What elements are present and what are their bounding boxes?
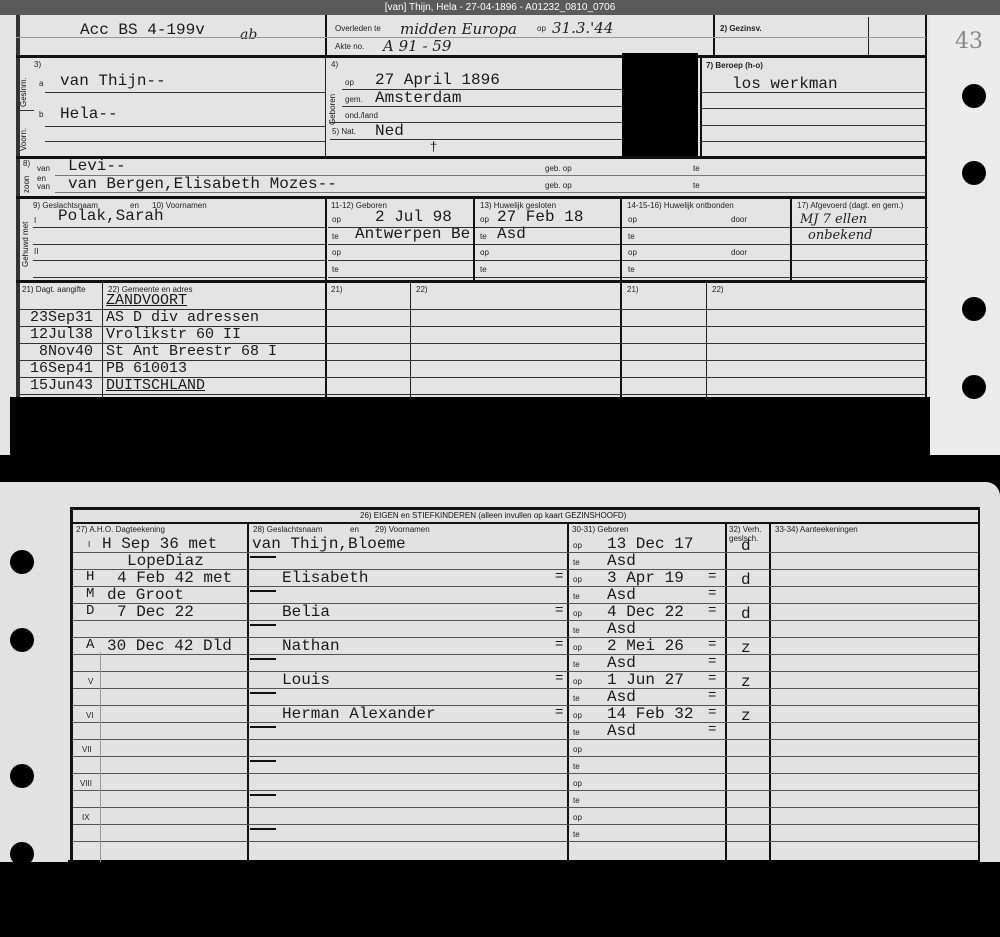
child-name: Herman Alexander <box>282 705 436 723</box>
punch-hole <box>962 84 986 108</box>
op-label: op <box>573 813 582 822</box>
ditto-mark: = <box>708 654 716 670</box>
father-name: Levi-- <box>68 157 126 175</box>
cross-mark: † <box>430 139 437 154</box>
te-label: te <box>573 694 580 703</box>
afgevoerd-note-1: MJ 7 ellen <box>800 212 867 227</box>
op-label: op <box>573 677 582 686</box>
afgevoerd-note-2: onbekend <box>808 228 872 243</box>
ditto-mark: = <box>708 569 716 585</box>
aho-entry: 7 Dec 22 <box>117 603 194 621</box>
aho-entry-cont: de Groot <box>107 586 184 604</box>
punch-hole <box>10 628 34 652</box>
op-label: op <box>573 643 582 652</box>
geslnm-label: Geslnm. <box>19 77 28 107</box>
birth-place: Amsterdam <box>375 89 461 107</box>
child-birth-place: Asd <box>607 552 636 570</box>
aho-mark: A <box>86 637 94 653</box>
ditto-mark: = <box>708 586 716 602</box>
aho-mark: M <box>86 586 94 602</box>
aho-entry: 30 Dec 42 Dld <box>107 637 232 655</box>
handwritten-mark: ab <box>240 27 257 43</box>
redaction-bar <box>68 860 980 937</box>
ditto-mark: = <box>555 569 563 585</box>
child-birth-place: Asd <box>607 586 636 604</box>
spouse-birth-date: 2 Jul 98 <box>375 208 452 226</box>
child-birth-place: Asd <box>607 722 636 740</box>
te-label: te <box>573 558 580 567</box>
op-label: op <box>573 745 582 754</box>
child-birth-place: Asd <box>607 620 636 638</box>
page-number: 43 <box>955 29 983 54</box>
ditto-mark: = <box>555 603 563 619</box>
registration-card-front: 43 Acc BS 4-199v ab Overleden te midden … <box>0 15 1000 475</box>
marriage-place: Asd <box>497 225 526 243</box>
op-label: op <box>573 575 582 584</box>
death-date: 31.3.'44 <box>552 19 613 37</box>
te-label: te <box>573 762 580 771</box>
child-name: Elisabeth <box>282 569 368 587</box>
ditto-mark: = <box>708 722 716 738</box>
child-birth-date: 13 Dec 17 <box>607 535 693 553</box>
op-label: op <box>573 541 582 550</box>
aho-entry: 4 Feb 42 met <box>117 569 232 587</box>
ditto-mark: = <box>555 705 563 721</box>
photo-redaction <box>622 53 698 156</box>
firstname: Hela-- <box>60 105 118 123</box>
op-label: op <box>573 779 582 788</box>
child-birth-date: 2 Mei 26 <box>607 637 684 655</box>
ditto-mark: = <box>708 637 716 653</box>
aho-entry: H Sep 36 met <box>102 535 217 553</box>
child-name: Belia <box>282 603 330 621</box>
ditto-mark: = <box>708 603 716 619</box>
child-birth-date: 1 Jun 27 <box>607 671 684 689</box>
akte-number: A 91 - 59 <box>383 37 451 55</box>
registration-card-back: 26) EIGEN en STIEFKINDEREN (alleen invul… <box>0 482 1000 862</box>
te-label: te <box>573 728 580 737</box>
child-birth-place: Asd <box>607 654 636 672</box>
death-place: midden Europa <box>400 20 517 38</box>
punch-hole <box>10 550 34 574</box>
aho-entry-cont: LopeDiaz <box>127 552 204 570</box>
punch-hole <box>962 161 986 185</box>
overleden-label: Overleden te <box>335 24 381 33</box>
aho-mark: D <box>86 603 94 619</box>
ditto-mark: = <box>708 671 716 687</box>
window-title: [van] Thijn, Hela - 27-04-1896 - A01232_… <box>0 0 1000 15</box>
child-birth-date: 14 Feb 32 <box>607 705 693 723</box>
punch-hole <box>962 297 986 321</box>
ditto-mark: = <box>555 637 563 653</box>
child-name: Louis <box>282 671 330 689</box>
te-label: te <box>573 830 580 839</box>
punch-hole <box>10 764 34 788</box>
child-birth-place: Asd <box>607 688 636 706</box>
surname: van Thijn-- <box>60 72 166 90</box>
nationality: Ned <box>375 122 404 140</box>
gezinsv-label: 2) Gezinsv. <box>720 24 762 33</box>
ditto-mark: = <box>555 671 563 687</box>
aho-mark: H <box>86 569 94 585</box>
punch-hole <box>10 842 34 866</box>
spouse-name: Polak,Sarah <box>58 207 164 225</box>
te-label: te <box>573 592 580 601</box>
birth-date: 27 April 1896 <box>375 71 500 89</box>
child-name: Nathan <box>282 637 340 655</box>
op-label: op <box>573 711 582 720</box>
punch-hole <box>962 375 986 399</box>
child-birth-date: 3 Apr 19 <box>607 569 684 587</box>
children-section-header: 26) EIGEN en STIEFKINDEREN (alleen invul… <box>360 511 626 520</box>
te-label: te <box>573 626 580 635</box>
child-name: van Thijn,Bloeme <box>252 535 406 553</box>
marriage-date: 27 Feb 18 <box>497 208 583 226</box>
te-label: te <box>573 660 580 669</box>
mother-name: van Bergen,Elisabeth Mozes-- <box>68 175 337 193</box>
occupation: los werkman <box>732 75 838 93</box>
ditto-mark: = <box>708 688 716 704</box>
child-birth-date: 4 Dec 22 <box>607 603 684 621</box>
op-label: op <box>573 609 582 618</box>
ditto-mark: = <box>708 705 716 721</box>
te-label: te <box>573 796 580 805</box>
akte-label: Akte no. <box>335 42 364 51</box>
voorn-label: Voorn. <box>19 128 28 151</box>
